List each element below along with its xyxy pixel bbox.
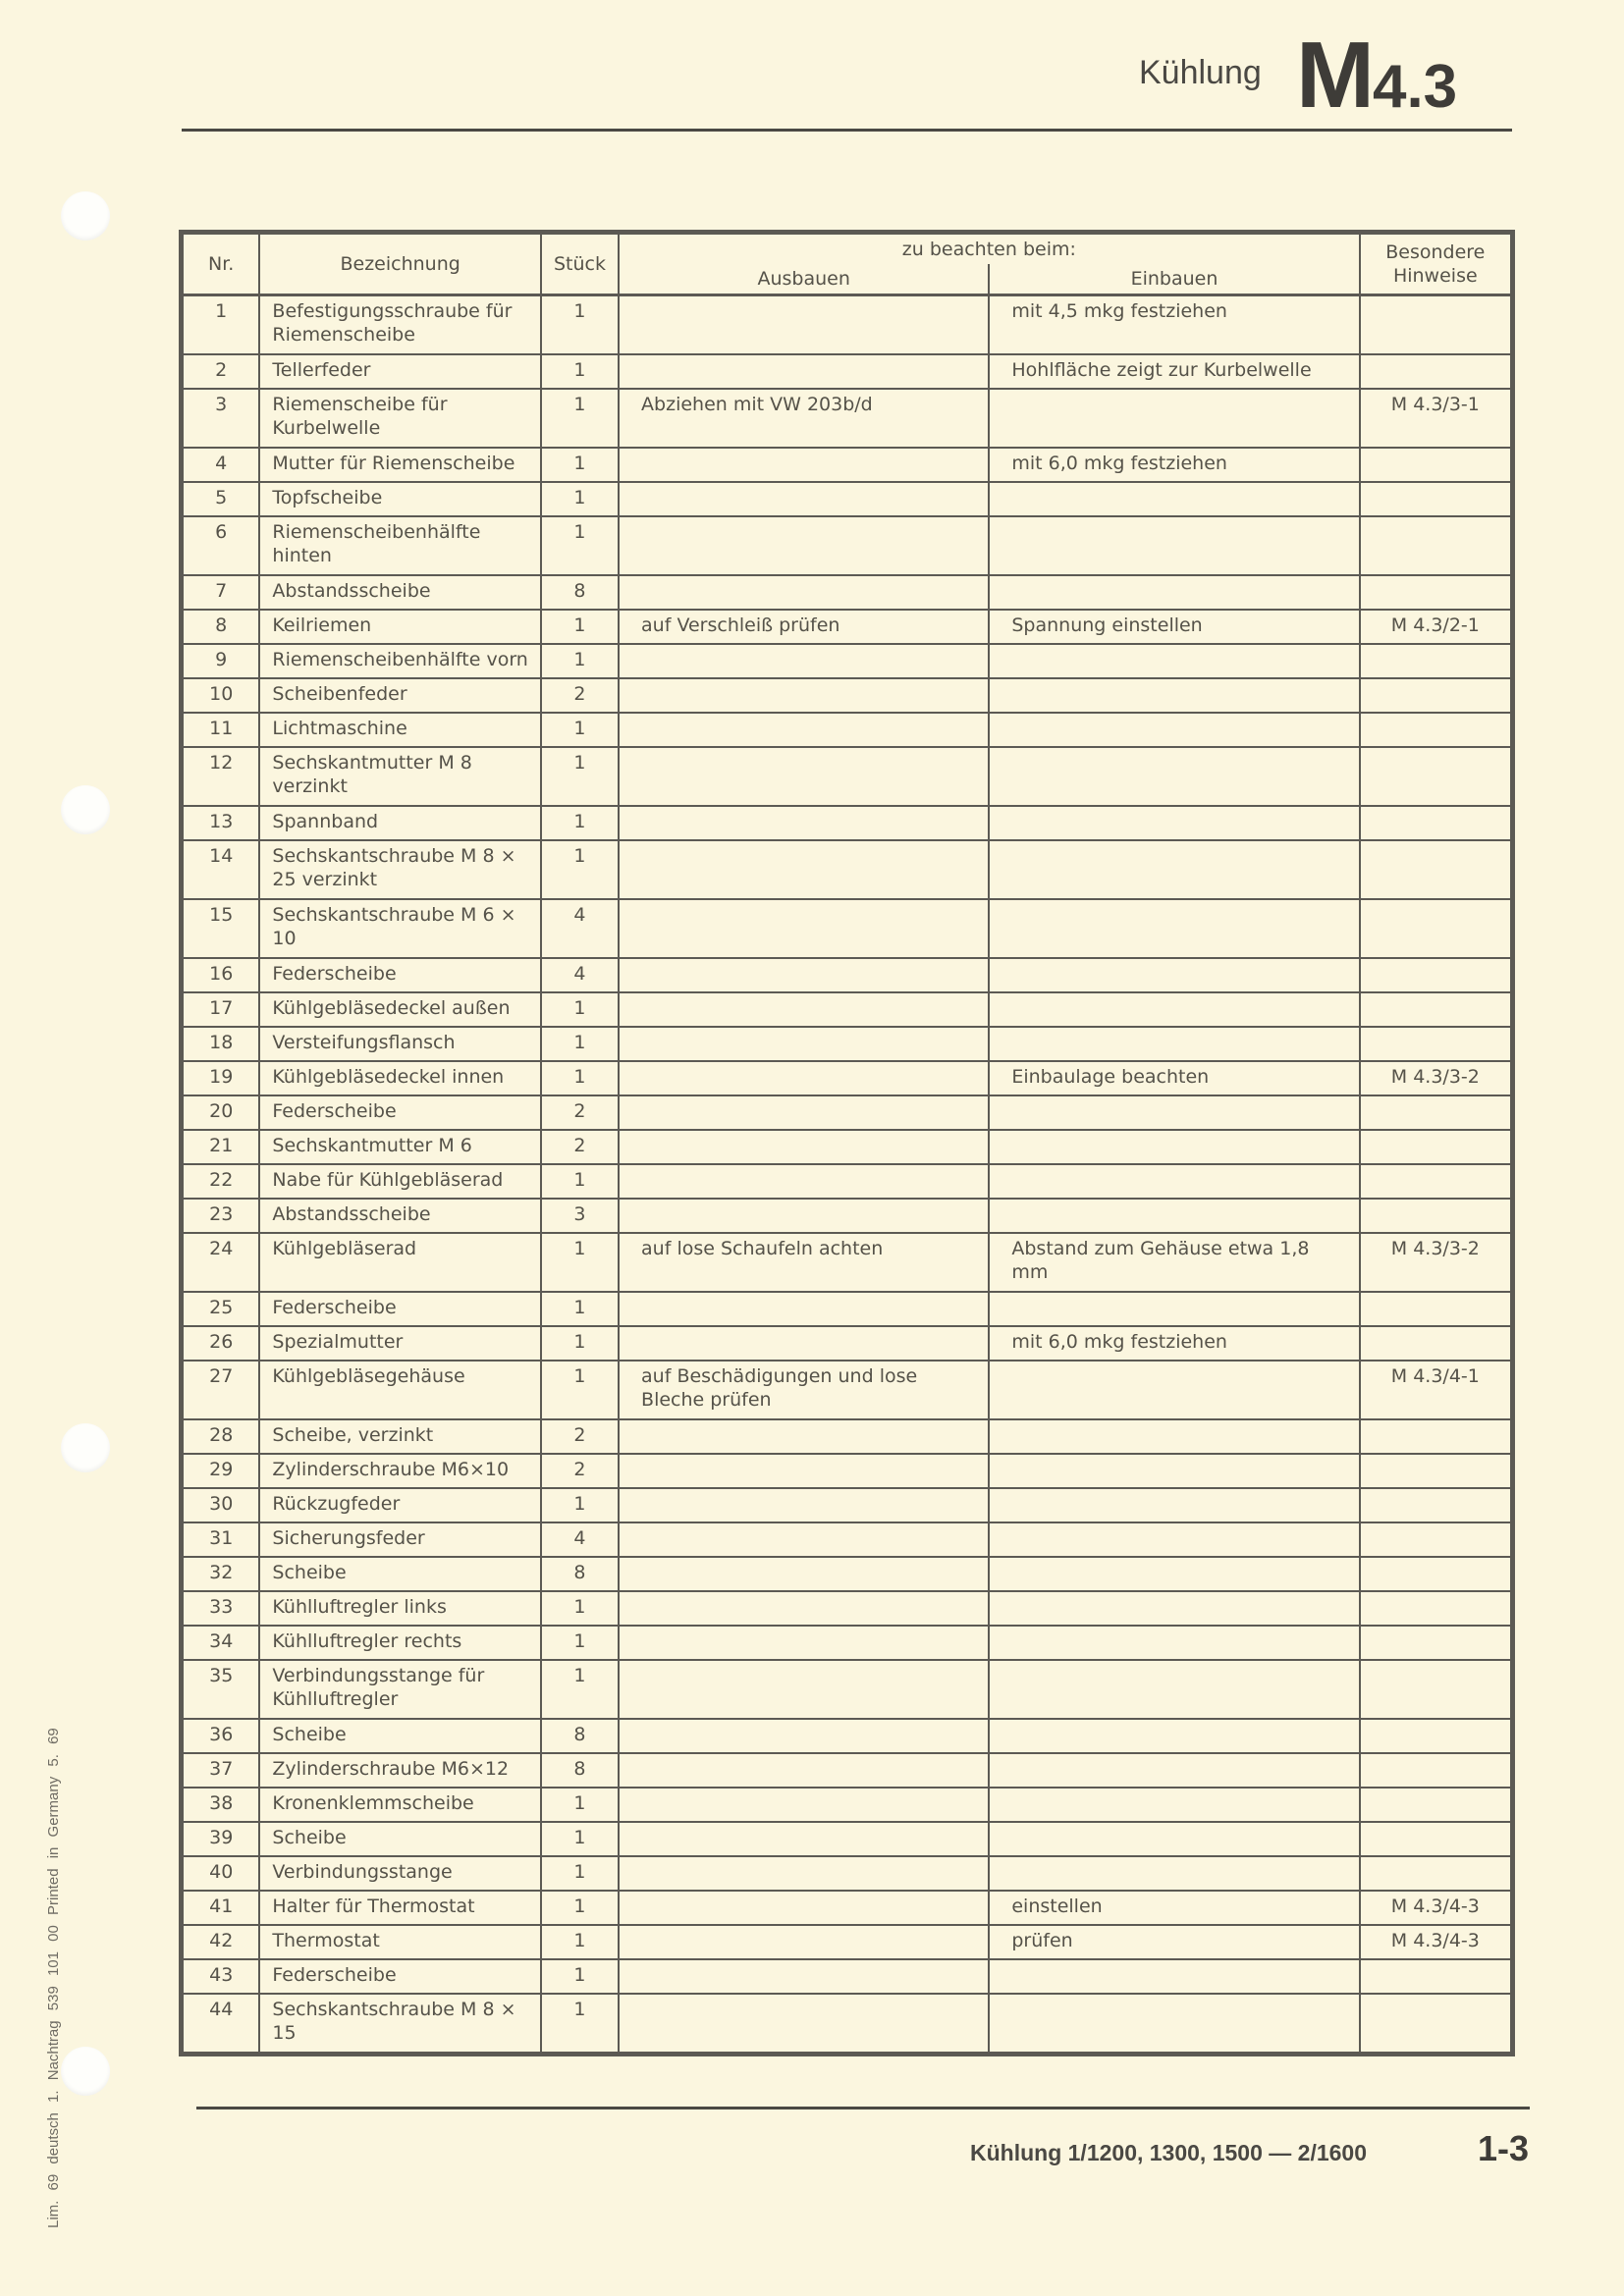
cell-einbauen bbox=[989, 1994, 1359, 2053]
table-row: 22Nabe für Kühlgebläserad1 bbox=[183, 1164, 1511, 1199]
cell-stueck: 1 bbox=[541, 1822, 619, 1856]
cell-stueck: 1 bbox=[541, 1925, 619, 1959]
col-header-bezeichnung: Bezeichnung bbox=[259, 234, 540, 295]
cell-nr: 9 bbox=[183, 644, 259, 678]
section-code-letter: M bbox=[1296, 23, 1373, 128]
cell-nr: 22 bbox=[183, 1164, 259, 1199]
table-row: 20Federscheibe2 bbox=[183, 1095, 1511, 1130]
table-row: 26Spezialmutter1mit 6,0 mkg festziehen bbox=[183, 1326, 1511, 1361]
cell-hinweise bbox=[1360, 1164, 1511, 1199]
cell-ausbauen bbox=[619, 1925, 989, 1959]
cell-nr: 34 bbox=[183, 1626, 259, 1660]
section-title: Kühlung bbox=[1139, 54, 1262, 92]
cell-ausbauen bbox=[619, 1130, 989, 1164]
cell-bezeichnung: Keilriemen bbox=[259, 610, 540, 644]
cell-einbauen bbox=[989, 1788, 1359, 1822]
table-row: 29Zylinderschraube M6×102 bbox=[183, 1454, 1511, 1488]
parts-table: Nr. Bezeichnung Stück zu beachten beim: … bbox=[182, 233, 1512, 2054]
cell-nr: 12 bbox=[183, 747, 259, 806]
cell-bezeichnung: Spezialmutter bbox=[259, 1326, 540, 1361]
cell-hinweise bbox=[1360, 1454, 1511, 1488]
cell-stueck: 4 bbox=[541, 899, 619, 958]
cell-hinweise bbox=[1360, 1788, 1511, 1822]
cell-nr: 1 bbox=[183, 295, 259, 354]
cell-ausbauen bbox=[619, 1164, 989, 1199]
table-row: 43Federscheibe1 bbox=[183, 1959, 1511, 1994]
table-row: 5Topfscheibe1 bbox=[183, 482, 1511, 516]
table-row: 34Kühlluftregler rechts1 bbox=[183, 1626, 1511, 1660]
table-row: 30Rückzugfeder1 bbox=[183, 1488, 1511, 1522]
cell-bezeichnung: Sechskantschraube M 8 × 15 bbox=[259, 1994, 540, 2053]
cell-bezeichnung: Lichtmaschine bbox=[259, 713, 540, 747]
cell-hinweise bbox=[1360, 1994, 1511, 2053]
cell-bezeichnung: Zylinderschraube M6×10 bbox=[259, 1454, 540, 1488]
cell-einbauen: mit 4,5 mkg festziehen bbox=[989, 295, 1359, 354]
cell-einbauen: Abstand zum Gehäuse etwa 1,8 mm bbox=[989, 1233, 1359, 1292]
cell-nr: 33 bbox=[183, 1591, 259, 1626]
cell-bezeichnung: Scheibe, verzinkt bbox=[259, 1419, 540, 1454]
cell-stueck: 1 bbox=[541, 1660, 619, 1719]
cell-ausbauen: Abziehen mit VW 203b/d bbox=[619, 389, 989, 448]
cell-bezeichnung: Versteifungsflansch bbox=[259, 1027, 540, 1061]
col-header-einbauen: Einbauen bbox=[989, 264, 1359, 295]
cell-nr: 13 bbox=[183, 806, 259, 840]
cell-stueck: 1 bbox=[541, 1027, 619, 1061]
punch-hole bbox=[61, 2047, 110, 2096]
table-row: 31Sicherungsfeder4 bbox=[183, 1522, 1511, 1557]
cell-hinweise bbox=[1360, 1522, 1511, 1557]
table-row: 33Kühlluftregler links1 bbox=[183, 1591, 1511, 1626]
table-row: 10Scheibenfeder2 bbox=[183, 678, 1511, 713]
cell-einbauen bbox=[989, 713, 1359, 747]
cell-ausbauen bbox=[619, 1488, 989, 1522]
cell-bezeichnung: Scheibenfeder bbox=[259, 678, 540, 713]
cell-bezeichnung: Abstandsscheibe bbox=[259, 1199, 540, 1233]
cell-bezeichnung: Federscheibe bbox=[259, 958, 540, 992]
table-row: 41Halter für Thermostat1einstellenM 4.3/… bbox=[183, 1891, 1511, 1925]
cell-stueck: 3 bbox=[541, 1199, 619, 1233]
cell-hinweise bbox=[1360, 1753, 1511, 1788]
cell-einbauen bbox=[989, 1130, 1359, 1164]
cell-einbauen bbox=[989, 992, 1359, 1027]
cell-ausbauen bbox=[619, 1419, 989, 1454]
cell-ausbauen bbox=[619, 1660, 989, 1719]
cell-nr: 37 bbox=[183, 1753, 259, 1788]
cell-einbauen bbox=[989, 1164, 1359, 1199]
cell-stueck: 1 bbox=[541, 482, 619, 516]
table-row: 4Mutter für Riemenscheibe1mit 6,0 mkg fe… bbox=[183, 448, 1511, 482]
cell-ausbauen bbox=[619, 747, 989, 806]
print-info: Lim. 69 deutsch 1. Nachtrag 539 101 00 P… bbox=[45, 1728, 62, 2228]
cell-hinweise bbox=[1360, 1856, 1511, 1891]
section-code: M4.3 bbox=[1296, 22, 1457, 130]
cell-stueck: 1 bbox=[541, 1292, 619, 1326]
cell-einbauen bbox=[989, 1488, 1359, 1522]
cell-bezeichnung: Sechskantschraube M 8 × 25 verzinkt bbox=[259, 840, 540, 899]
cell-ausbauen bbox=[619, 1061, 989, 1095]
cell-hinweise: M 4.3/2-1 bbox=[1360, 610, 1511, 644]
cell-hinweise bbox=[1360, 958, 1511, 992]
table-row: 25Federscheibe1 bbox=[183, 1292, 1511, 1326]
cell-bezeichnung: Rückzugfeder bbox=[259, 1488, 540, 1522]
cell-einbauen: einstellen bbox=[989, 1891, 1359, 1925]
cell-stueck: 1 bbox=[541, 644, 619, 678]
cell-ausbauen bbox=[619, 1891, 989, 1925]
table-row: 32Scheibe8 bbox=[183, 1557, 1511, 1591]
cell-ausbauen bbox=[619, 840, 989, 899]
cell-bezeichnung: Sechskantmutter M 6 bbox=[259, 1130, 540, 1164]
cell-einbauen bbox=[989, 1591, 1359, 1626]
cell-hinweise bbox=[1360, 840, 1511, 899]
cell-nr: 7 bbox=[183, 575, 259, 610]
cell-nr: 43 bbox=[183, 1959, 259, 1994]
cell-stueck: 1 bbox=[541, 992, 619, 1027]
cell-bezeichnung: Scheibe bbox=[259, 1822, 540, 1856]
punch-hole bbox=[61, 785, 110, 834]
cell-hinweise bbox=[1360, 575, 1511, 610]
cell-ausbauen bbox=[619, 899, 989, 958]
cell-bezeichnung: Mutter für Riemenscheibe bbox=[259, 448, 540, 482]
table-row: 36Scheibe8 bbox=[183, 1719, 1511, 1753]
cell-nr: 26 bbox=[183, 1326, 259, 1361]
cell-einbauen bbox=[989, 1199, 1359, 1233]
cell-bezeichnung: Kühlgebläserad bbox=[259, 1233, 540, 1292]
cell-nr: 28 bbox=[183, 1419, 259, 1454]
table-row: 15Sechskantschraube M 6 × 104 bbox=[183, 899, 1511, 958]
cell-hinweise: M 4.3/4-3 bbox=[1360, 1925, 1511, 1959]
cell-hinweise: M 4.3/3-2 bbox=[1360, 1061, 1511, 1095]
table-row: 35Verbindungsstange für Kühlluftregler1 bbox=[183, 1660, 1511, 1719]
cell-einbauen bbox=[989, 1822, 1359, 1856]
cell-ausbauen bbox=[619, 992, 989, 1027]
cell-einbauen bbox=[989, 482, 1359, 516]
cell-stueck: 1 bbox=[541, 1591, 619, 1626]
table-row: 12Sechskantmutter M 8 verzinkt1 bbox=[183, 747, 1511, 806]
cell-ausbauen bbox=[619, 575, 989, 610]
cell-einbauen bbox=[989, 1419, 1359, 1454]
cell-nr: 4 bbox=[183, 448, 259, 482]
cell-nr: 6 bbox=[183, 516, 259, 575]
cell-ausbauen bbox=[619, 1027, 989, 1061]
cell-hinweise bbox=[1360, 713, 1511, 747]
cell-stueck: 1 bbox=[541, 747, 619, 806]
cell-bezeichnung: Befestigungsschraube für Riemenscheibe bbox=[259, 295, 540, 354]
cell-stueck: 1 bbox=[541, 1326, 619, 1361]
cell-ausbauen bbox=[619, 1753, 989, 1788]
table-row: 44Sechskantschraube M 8 × 151 bbox=[183, 1994, 1511, 2053]
cell-nr: 24 bbox=[183, 1233, 259, 1292]
cell-einbauen bbox=[989, 1027, 1359, 1061]
col-header-zu-beachten: zu beachten beim: bbox=[619, 234, 1360, 264]
cell-ausbauen bbox=[619, 678, 989, 713]
cell-hinweise bbox=[1360, 1591, 1511, 1626]
cell-bezeichnung: Riemenscheibenhälfte hinten bbox=[259, 516, 540, 575]
cell-stueck: 1 bbox=[541, 389, 619, 448]
cell-bezeichnung: Verbindungsstange für Kühlluftregler bbox=[259, 1660, 540, 1719]
col-header-stueck: Stück bbox=[541, 234, 619, 295]
cell-stueck: 2 bbox=[541, 1130, 619, 1164]
cell-ausbauen bbox=[619, 1822, 989, 1856]
cell-ausbauen: auf Verschleiß prüfen bbox=[619, 610, 989, 644]
cell-bezeichnung: Kühlluftregler links bbox=[259, 1591, 540, 1626]
cell-nr: 42 bbox=[183, 1925, 259, 1959]
table-row: 6Riemenscheibenhälfte hinten1 bbox=[183, 516, 1511, 575]
table-row: 18Versteifungsflansch1 bbox=[183, 1027, 1511, 1061]
cell-bezeichnung: Federscheibe bbox=[259, 1959, 540, 1994]
table-row: 13Spannband1 bbox=[183, 806, 1511, 840]
cell-hinweise bbox=[1360, 354, 1511, 389]
col-header-ausbauen: Ausbauen bbox=[619, 264, 989, 295]
cell-bezeichnung: Kronenklemmscheibe bbox=[259, 1788, 540, 1822]
cell-ausbauen bbox=[619, 1326, 989, 1361]
cell-stueck: 2 bbox=[541, 1454, 619, 1488]
cell-bezeichnung: Kühlgebläsegehäuse bbox=[259, 1361, 540, 1419]
cell-hinweise bbox=[1360, 1326, 1511, 1361]
table-row: 23Abstandsscheibe3 bbox=[183, 1199, 1511, 1233]
cell-ausbauen bbox=[619, 1959, 989, 1994]
table-row: 38Kronenklemmscheibe1 bbox=[183, 1788, 1511, 1822]
cell-nr: 17 bbox=[183, 992, 259, 1027]
table-row: 40Verbindungsstange1 bbox=[183, 1856, 1511, 1891]
cell-stueck: 1 bbox=[541, 1994, 619, 2053]
cell-nr: 5 bbox=[183, 482, 259, 516]
table-row: 39Scheibe1 bbox=[183, 1822, 1511, 1856]
cell-nr: 39 bbox=[183, 1822, 259, 1856]
cell-einbauen bbox=[989, 747, 1359, 806]
cell-einbauen bbox=[989, 1626, 1359, 1660]
cell-einbauen bbox=[989, 899, 1359, 958]
cell-einbauen bbox=[989, 1557, 1359, 1591]
cell-bezeichnung: Scheibe bbox=[259, 1557, 540, 1591]
cell-nr: 40 bbox=[183, 1856, 259, 1891]
cell-bezeichnung: Scheibe bbox=[259, 1719, 540, 1753]
cell-bezeichnung: Federscheibe bbox=[259, 1095, 540, 1130]
cell-ausbauen bbox=[619, 354, 989, 389]
cell-bezeichnung: Riemenscheibenhälfte vorn bbox=[259, 644, 540, 678]
cell-hinweise: M 4.3/3-2 bbox=[1360, 1233, 1511, 1292]
cell-einbauen bbox=[989, 389, 1359, 448]
cell-ausbauen bbox=[619, 1994, 989, 2053]
cell-einbauen bbox=[989, 1959, 1359, 1994]
cell-stueck: 2 bbox=[541, 678, 619, 713]
cell-hinweise bbox=[1360, 1660, 1511, 1719]
cell-hinweise bbox=[1360, 1626, 1511, 1660]
cell-bezeichnung: Kühlgebläsedeckel innen bbox=[259, 1061, 540, 1095]
cell-nr: 36 bbox=[183, 1719, 259, 1753]
cell-stueck: 1 bbox=[541, 610, 619, 644]
table-row: 2Tellerfeder1Hohlfläche zeigt zur Kurbel… bbox=[183, 354, 1511, 389]
cell-ausbauen bbox=[619, 1591, 989, 1626]
cell-ausbauen bbox=[619, 1788, 989, 1822]
cell-bezeichnung: Zylinderschraube M6×12 bbox=[259, 1753, 540, 1788]
cell-einbauen bbox=[989, 1719, 1359, 1753]
table-row: 9Riemenscheibenhälfte vorn1 bbox=[183, 644, 1511, 678]
parts-table-body: 1Befestigungsschraube für Riemenscheibe1… bbox=[183, 295, 1511, 2053]
table-row: 16Federscheibe4 bbox=[183, 958, 1511, 992]
cell-bezeichnung: Thermostat bbox=[259, 1925, 540, 1959]
col-header-nr: Nr. bbox=[183, 234, 259, 295]
cell-einbauen bbox=[989, 575, 1359, 610]
cell-bezeichnung: Abstandsscheibe bbox=[259, 575, 540, 610]
cell-nr: 18 bbox=[183, 1027, 259, 1061]
cell-hinweise bbox=[1360, 899, 1511, 958]
cell-stueck: 2 bbox=[541, 1095, 619, 1130]
cell-stueck: 1 bbox=[541, 354, 619, 389]
cell-ausbauen bbox=[619, 1454, 989, 1488]
table-row: 19Kühlgebläsedeckel innen1Einbaulage bea… bbox=[183, 1061, 1511, 1095]
cell-nr: 15 bbox=[183, 899, 259, 958]
cell-nr: 25 bbox=[183, 1292, 259, 1326]
cell-hinweise: M 4.3/3-1 bbox=[1360, 389, 1511, 448]
table-row: 24Kühlgebläserad1auf lose Schaufeln acht… bbox=[183, 1233, 1511, 1292]
zu-beachten-label: zu beachten beim: bbox=[627, 238, 1351, 261]
cell-nr: 41 bbox=[183, 1891, 259, 1925]
cell-hinweise bbox=[1360, 1199, 1511, 1233]
cell-ausbauen bbox=[619, 1557, 989, 1591]
cell-hinweise bbox=[1360, 1130, 1511, 1164]
cell-nr: 11 bbox=[183, 713, 259, 747]
cell-ausbauen bbox=[619, 516, 989, 575]
cell-hinweise bbox=[1360, 295, 1511, 354]
cell-ausbauen bbox=[619, 1719, 989, 1753]
cell-stueck: 1 bbox=[541, 448, 619, 482]
table-row: 17Kühlgebläsedeckel außen1 bbox=[183, 992, 1511, 1027]
cell-stueck: 2 bbox=[541, 1419, 619, 1454]
table-row: 28Scheibe, verzinkt2 bbox=[183, 1419, 1511, 1454]
cell-stueck: 8 bbox=[541, 1719, 619, 1753]
table-row: 14Sechskantschraube M 8 × 25 verzinkt1 bbox=[183, 840, 1511, 899]
cell-ausbauen bbox=[619, 448, 989, 482]
cell-bezeichnung: Spannband bbox=[259, 806, 540, 840]
cell-ausbauen bbox=[619, 1095, 989, 1130]
punch-hole bbox=[61, 191, 110, 240]
cell-nr: 2 bbox=[183, 354, 259, 389]
cell-stueck: 1 bbox=[541, 713, 619, 747]
cell-hinweise bbox=[1360, 1027, 1511, 1061]
cell-einbauen bbox=[989, 958, 1359, 992]
cell-hinweise: M 4.3/4-3 bbox=[1360, 1891, 1511, 1925]
cell-einbauen bbox=[989, 644, 1359, 678]
cell-nr: 35 bbox=[183, 1660, 259, 1719]
cell-nr: 20 bbox=[183, 1095, 259, 1130]
cell-stueck: 8 bbox=[541, 575, 619, 610]
cell-nr: 31 bbox=[183, 1522, 259, 1557]
cell-stueck: 1 bbox=[541, 1788, 619, 1822]
cell-nr: 3 bbox=[183, 389, 259, 448]
cell-ausbauen bbox=[619, 958, 989, 992]
cell-einbauen: prüfen bbox=[989, 1925, 1359, 1959]
cell-bezeichnung: Sechskantmutter M 8 verzinkt bbox=[259, 747, 540, 806]
cell-ausbauen bbox=[619, 295, 989, 354]
cell-ausbauen bbox=[619, 1522, 989, 1557]
cell-ausbauen bbox=[619, 713, 989, 747]
cell-hinweise bbox=[1360, 1292, 1511, 1326]
cell-ausbauen bbox=[619, 806, 989, 840]
cell-einbauen bbox=[989, 1361, 1359, 1419]
cell-stueck: 8 bbox=[541, 1557, 619, 1591]
cell-nr: 19 bbox=[183, 1061, 259, 1095]
cell-hinweise bbox=[1360, 806, 1511, 840]
cell-stueck: 1 bbox=[541, 1856, 619, 1891]
cell-nr: 8 bbox=[183, 610, 259, 644]
cell-hinweise bbox=[1360, 644, 1511, 678]
cell-hinweise bbox=[1360, 747, 1511, 806]
page-number: 1-3 bbox=[1478, 2128, 1529, 2169]
cell-ausbauen bbox=[619, 1856, 989, 1891]
cell-hinweise bbox=[1360, 448, 1511, 482]
cell-hinweise bbox=[1360, 1719, 1511, 1753]
cell-bezeichnung: Riemenscheibe für Kurbelwelle bbox=[259, 389, 540, 448]
cell-bezeichnung: Sechskantschraube M 6 × 10 bbox=[259, 899, 540, 958]
cell-einbauen bbox=[989, 1856, 1359, 1891]
col-header-hinweise: Besondere Hinweise bbox=[1360, 234, 1511, 295]
cell-nr: 14 bbox=[183, 840, 259, 899]
cell-stueck: 1 bbox=[541, 516, 619, 575]
cell-ausbauen bbox=[619, 1292, 989, 1326]
cell-stueck: 1 bbox=[541, 295, 619, 354]
punch-hole bbox=[61, 1423, 110, 1472]
cell-stueck: 1 bbox=[541, 1891, 619, 1925]
cell-ausbauen: auf lose Schaufeln achten bbox=[619, 1233, 989, 1292]
cell-nr: 30 bbox=[183, 1488, 259, 1522]
cell-stueck: 1 bbox=[541, 1488, 619, 1522]
cell-nr: 21 bbox=[183, 1130, 259, 1164]
footer-title: Kühlung 1/1200, 1300, 1500 — 2/1600 bbox=[970, 2140, 1367, 2166]
cell-einbauen bbox=[989, 1095, 1359, 1130]
cell-einbauen bbox=[989, 1753, 1359, 1788]
cell-bezeichnung: Sicherungsfeder bbox=[259, 1522, 540, 1557]
table-row: 37Zylinderschraube M6×128 bbox=[183, 1753, 1511, 1788]
cell-einbauen bbox=[989, 840, 1359, 899]
cell-stueck: 1 bbox=[541, 1061, 619, 1095]
cell-bezeichnung: Kühlluftregler rechts bbox=[259, 1626, 540, 1660]
table-row: 7Abstandsscheibe8 bbox=[183, 575, 1511, 610]
cell-stueck: 1 bbox=[541, 1164, 619, 1199]
cell-stueck: 8 bbox=[541, 1753, 619, 1788]
cell-nr: 23 bbox=[183, 1199, 259, 1233]
table-row: 42Thermostat1prüfenM 4.3/4-3 bbox=[183, 1925, 1511, 1959]
table-row: 1Befestigungsschraube für Riemenscheibe1… bbox=[183, 295, 1511, 354]
cell-einbauen: Einbaulage beachten bbox=[989, 1061, 1359, 1095]
cell-bezeichnung: Halter für Thermostat bbox=[259, 1891, 540, 1925]
cell-ausbauen bbox=[619, 644, 989, 678]
cell-ausbauen bbox=[619, 1199, 989, 1233]
cell-bezeichnung: Verbindungsstange bbox=[259, 1856, 540, 1891]
cell-hinweise bbox=[1360, 678, 1511, 713]
cell-nr: 29 bbox=[183, 1454, 259, 1488]
cell-bezeichnung: Topfscheibe bbox=[259, 482, 540, 516]
cell-einbauen: Spannung einstellen bbox=[989, 610, 1359, 644]
cell-nr: 16 bbox=[183, 958, 259, 992]
footer-rule bbox=[196, 2107, 1530, 2109]
cell-stueck: 1 bbox=[541, 1959, 619, 1994]
cell-einbauen bbox=[989, 1660, 1359, 1719]
cell-einbauen: mit 6,0 mkg festziehen bbox=[989, 448, 1359, 482]
cell-bezeichnung: Federscheibe bbox=[259, 1292, 540, 1326]
cell-hinweise bbox=[1360, 1488, 1511, 1522]
cell-hinweise bbox=[1360, 1822, 1511, 1856]
cell-hinweise bbox=[1360, 992, 1511, 1027]
cell-einbauen bbox=[989, 516, 1359, 575]
cell-stueck: 1 bbox=[541, 1233, 619, 1292]
cell-einbauen bbox=[989, 1292, 1359, 1326]
cell-einbauen bbox=[989, 806, 1359, 840]
header-rule bbox=[182, 129, 1512, 132]
table-row: 21Sechskantmutter M 62 bbox=[183, 1130, 1511, 1164]
cell-einbauen bbox=[989, 1522, 1359, 1557]
cell-nr: 10 bbox=[183, 678, 259, 713]
cell-einbauen bbox=[989, 1454, 1359, 1488]
